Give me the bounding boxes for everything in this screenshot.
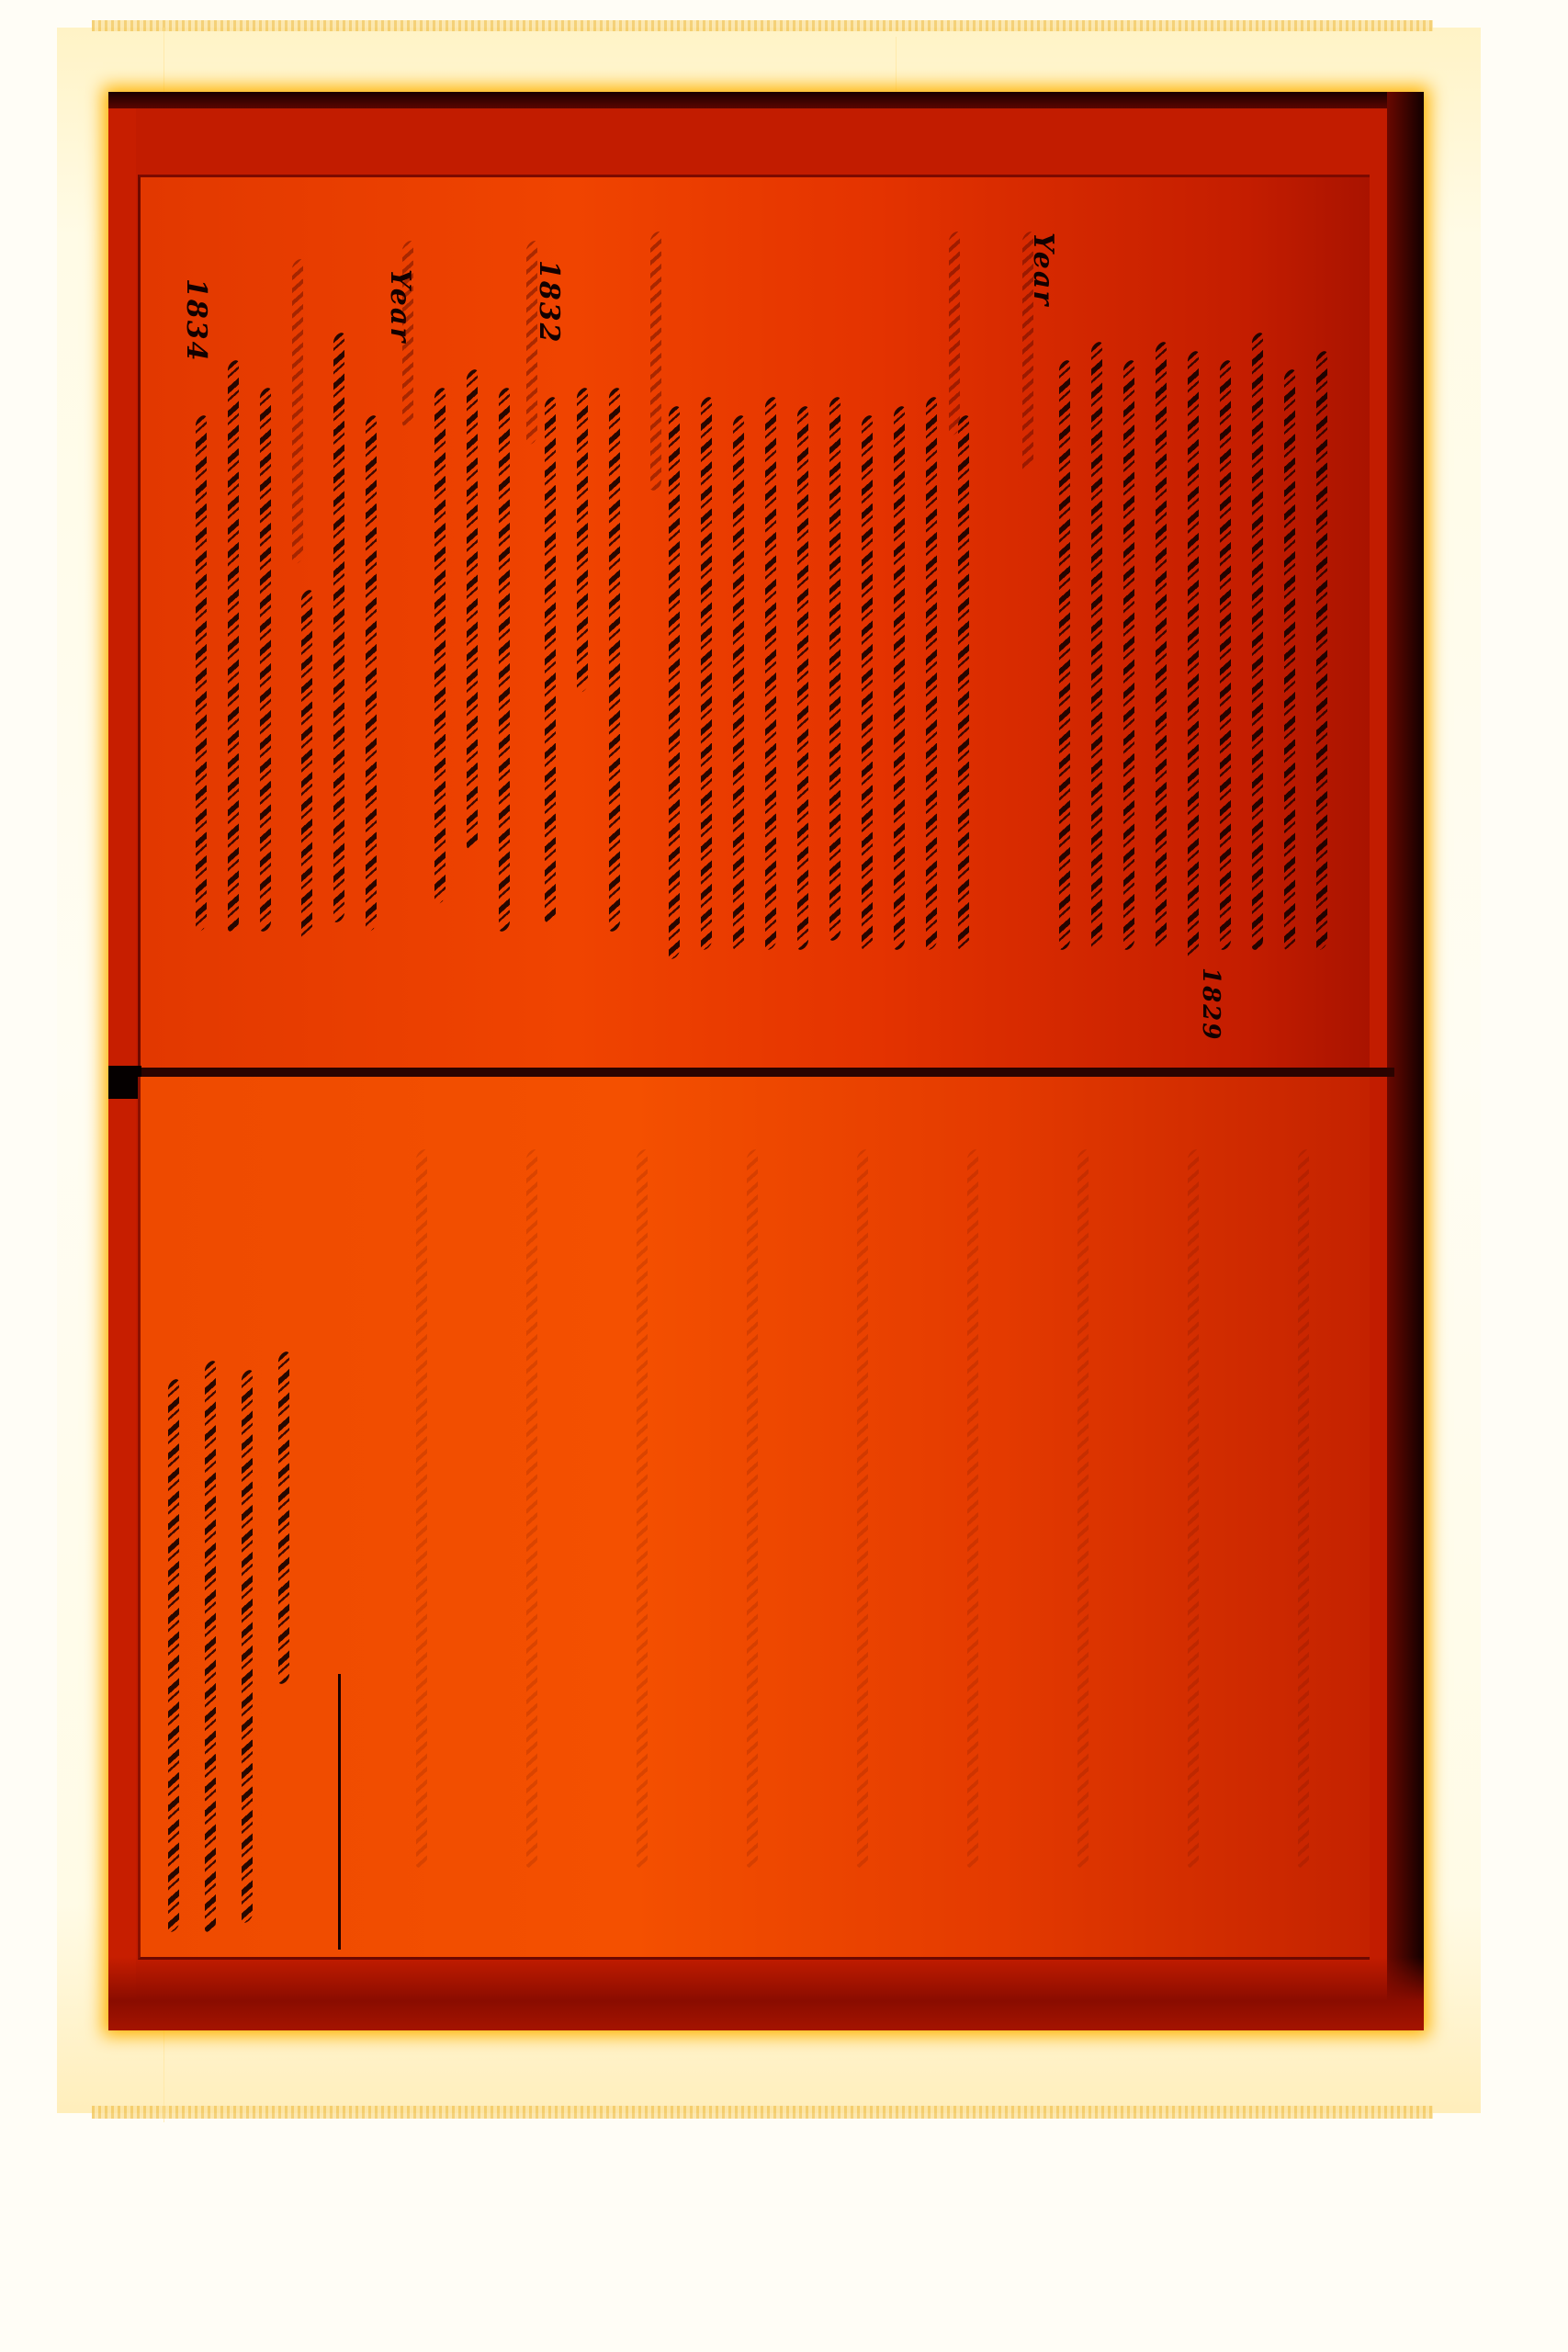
bleed-through-line: [526, 1148, 537, 1870]
fold-marker: [108, 1066, 141, 1099]
script-line: [609, 386, 620, 933]
script-line: [926, 395, 937, 952]
frame-left-strip: [108, 92, 136, 2030]
script-line: [168, 1377, 179, 1934]
script-line: [577, 386, 588, 695]
script-line: [196, 413, 207, 933]
script-line: [949, 230, 960, 437]
script-line: [1316, 349, 1327, 952]
bleed-through-line: [637, 1148, 648, 1870]
script-line: [701, 395, 712, 952]
script-line: [301, 588, 312, 943]
page-fold-line: [108, 1068, 1394, 1077]
document-frame: 1834 Year 1832 Year: [108, 92, 1424, 2030]
script-line: [829, 395, 840, 943]
frame-right-shadow: [1387, 92, 1424, 2030]
entry-number: 1829: [1197, 967, 1224, 1041]
script-line: [1284, 367, 1295, 952]
script-line: [862, 413, 873, 952]
signature-rule: [338, 1674, 341, 1950]
bleed-through-line: [416, 1148, 427, 1870]
column-heading: 1832: [533, 260, 565, 345]
bleed-through-line: [857, 1148, 868, 1870]
script-line: [894, 404, 905, 952]
script-line: [366, 413, 377, 933]
script-line: [278, 1350, 289, 1686]
bleed-through-line: [1298, 1148, 1309, 1870]
script-line: [765, 395, 776, 952]
script-line: [292, 257, 303, 566]
script-line: [434, 386, 446, 906]
manuscript-page-bottom: [138, 1077, 1370, 1960]
bleed-through-line: [1188, 1148, 1199, 1870]
script-line: [228, 358, 239, 933]
script-line: [1123, 358, 1134, 952]
script-line: [958, 413, 969, 952]
script-line: [1252, 331, 1263, 952]
script-line: [467, 367, 478, 851]
bleed-through-line: [967, 1148, 978, 1870]
frame-top-shadow: [108, 92, 1424, 108]
manuscript-page-top: 1834 Year 1832 Year: [138, 175, 1370, 1069]
script-line: [499, 386, 510, 933]
script-line: [1022, 230, 1033, 474]
script-line: [545, 395, 556, 924]
script-line: [1091, 340, 1102, 952]
script-line: [797, 404, 808, 952]
script-line: [402, 239, 413, 428]
column-heading: 1834: [180, 278, 212, 363]
script-line: [526, 239, 537, 447]
script-line: [205, 1359, 216, 1934]
script-line: [650, 230, 661, 492]
bleed-through-line: [1077, 1148, 1089, 1870]
script-line: [333, 331, 344, 924]
script-line: [1188, 349, 1199, 961]
script-line: [1156, 340, 1167, 952]
script-line: [1059, 358, 1070, 952]
script-line: [669, 404, 680, 961]
script-line: [242, 1368, 253, 1925]
film-edge-bottom: [92, 2106, 1433, 2119]
frame-bottom-shade: [108, 1957, 1424, 2030]
script-line: [260, 386, 271, 933]
script-line: [733, 413, 744, 952]
bleed-through-line: [747, 1148, 758, 1870]
film-edge-top: [92, 20, 1433, 31]
script-line: [1220, 358, 1231, 952]
